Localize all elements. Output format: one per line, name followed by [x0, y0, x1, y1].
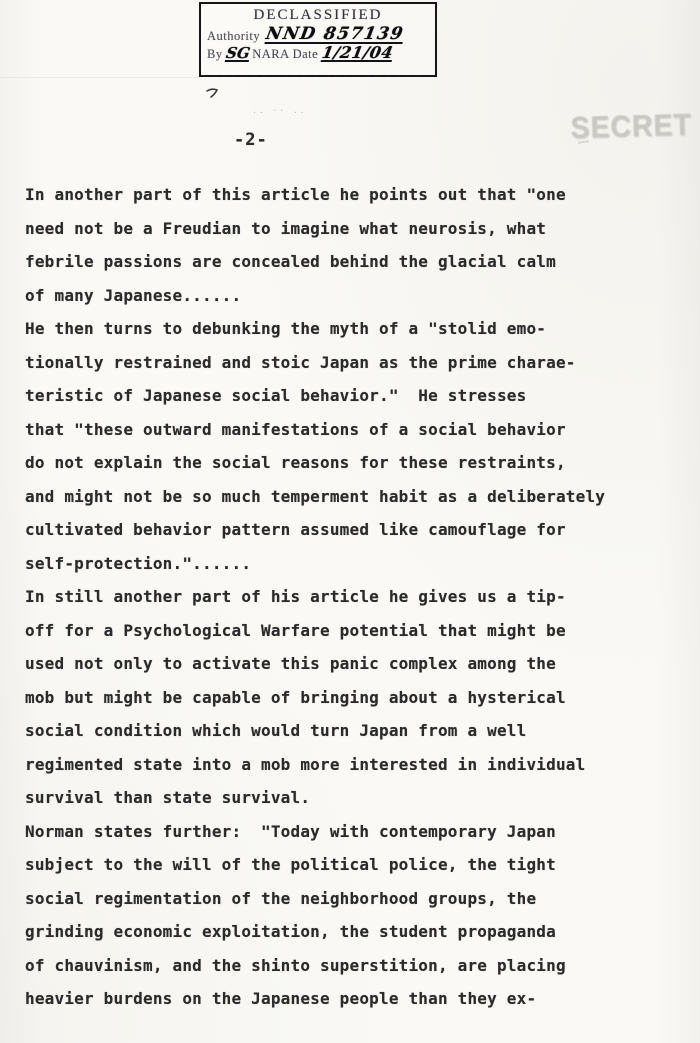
text-line: subject to the will of the political pol…	[25, 848, 625, 882]
stamp-by-value: SG	[224, 47, 250, 62]
text-line: of many Japanese......	[25, 279, 625, 313]
body-text: In another part of this article he point…	[25, 178, 625, 1016]
stamp-date-value: 1/21/04	[321, 46, 395, 62]
text-line: off for a Psychological Warfare potentia…	[25, 614, 625, 648]
text-line: teristic of Japanese social behavior." H…	[25, 379, 625, 413]
page-number: -2-	[234, 130, 268, 150]
text-line: mob but might be capable of bringing abo…	[25, 681, 625, 715]
stamp-authority-value: NND 857139	[265, 26, 406, 44]
text-line: social condition which would turn Japan …	[25, 714, 625, 748]
text-line: tionally restrained and stoic Japan as t…	[25, 346, 625, 380]
text-line: Norman states further: "Today with conte…	[25, 815, 625, 849]
text-line: In another part of this article he point…	[25, 178, 625, 212]
text-line: febrile passions are concealed behind th…	[25, 245, 625, 279]
pen-squiggle-mark	[205, 86, 223, 105]
text-line: do not explain the social reasons for th…	[25, 446, 625, 480]
text-line: of chauvinism, and the shinto superstiti…	[25, 949, 625, 983]
text-line: heavier burdens on the Japanese people t…	[25, 982, 625, 1016]
stamp-by-label: By	[207, 47, 223, 62]
text-line: grinding economic exploitation, the stud…	[25, 915, 625, 949]
text-line: He then turns to debunking the myth of a…	[25, 312, 625, 346]
declassified-stamp: DECLASSIFIED Authority NND 857139 By SG …	[199, 2, 437, 77]
text-line: and might not be so much temperment habi…	[25, 480, 625, 514]
text-line: need not be a Freudian to imagine what n…	[25, 212, 625, 246]
faint-marginalia-dots: .. ·· ..	[252, 106, 307, 115]
stamp-title: DECLASSIFIED	[207, 7, 429, 24]
scan-artifact-line	[0, 77, 200, 78]
text-line: cultivated behavior pattern assumed like…	[25, 513, 625, 547]
text-line: In still another part of his article he …	[25, 580, 625, 614]
text-line: survival than state survival.	[25, 781, 625, 815]
stamp-nara-label: NARA Date	[252, 47, 318, 62]
document-page: DECLASSIFIED Authority NND 857139 By SG …	[0, 0, 700, 1043]
stamp-bottom-dashed-line	[201, 75, 421, 77]
text-line: regimented state into a mob more interes…	[25, 748, 625, 782]
text-line: used not only to activate this panic com…	[25, 647, 625, 681]
text-line: social regimentation of the neighborhood…	[25, 882, 625, 916]
text-line: self-protection."......	[25, 547, 625, 581]
text-line: that "these outward manifestations of a …	[25, 413, 625, 447]
stamp-authority-label: Authority	[207, 29, 260, 44]
